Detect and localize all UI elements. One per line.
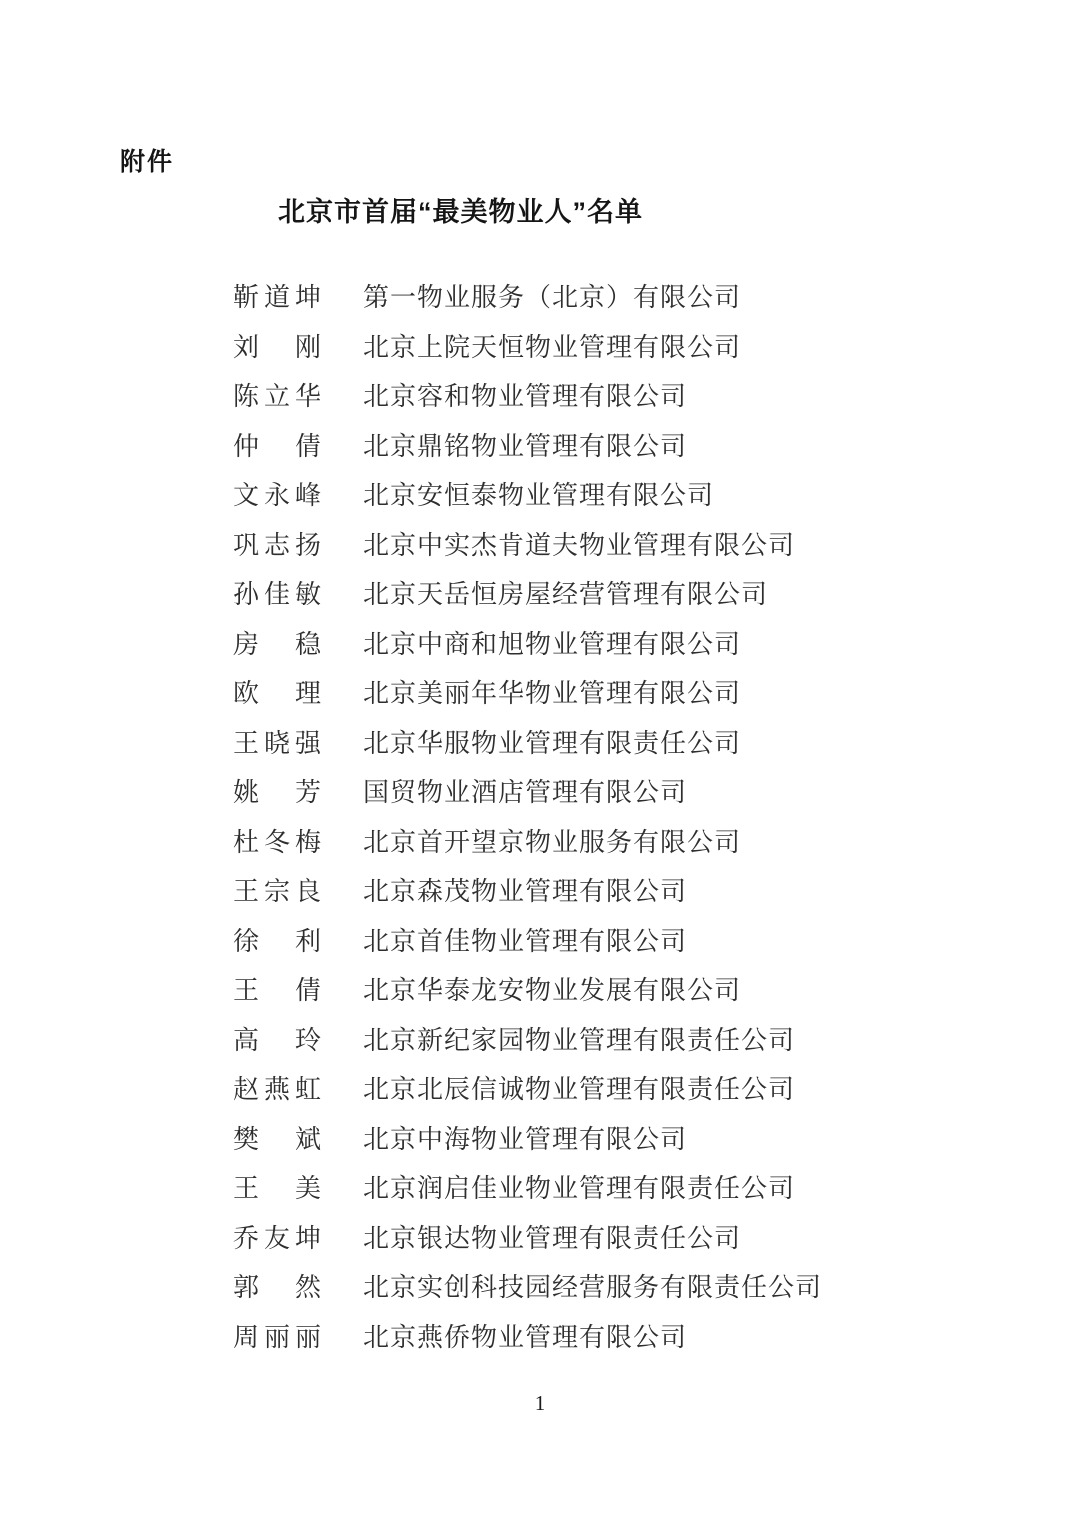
page-number: 1 [0,1392,1080,1415]
list-item: 巩志扬 北京中实杰肯道夫物业管理有限公司 [233,519,873,569]
attachment-label: 附件 [120,150,174,175]
company-name: 北京鼎铭物业管理有限公司 [363,426,687,463]
company-name: 北京实创科技园经营服务有限责任公司 [363,1267,822,1304]
list-item: 高 玲 北京新纪家园物业管理有限责任公司 [233,1014,873,1064]
person-name: 王宗良 [233,871,363,908]
company-name: 北京森茂物业管理有限公司 [363,871,687,908]
document-page: 附件 北京市首届“最美物业人”名单 靳道坤 第一物业服务（北京）有限公司 刘 刚… [0,0,1080,1528]
company-name: 北京天岳恒房屋经营管理有限公司 [363,574,768,611]
person-name: 欧 理 [233,673,363,710]
list-item: 郭 然 北京实创科技园经营服务有限责任公司 [233,1261,873,1311]
person-name: 仲 倩 [233,426,363,463]
company-name: 国贸物业酒店管理有限公司 [363,772,687,809]
list-item: 杜冬梅 北京首开望京物业服务有限公司 [233,816,873,866]
company-name: 北京首开望京物业服务有限公司 [363,822,741,859]
person-name: 巩志扬 [233,525,363,562]
list-item: 徐 利 北京首佳物业管理有限公司 [233,915,873,965]
list-item: 王 美 北京润启佳业物业管理有限责任公司 [233,1162,873,1212]
company-name: 北京润启佳业物业管理有限责任公司 [363,1168,795,1205]
person-name: 杜冬梅 [233,822,363,859]
person-name: 房 稳 [233,624,363,661]
company-name: 北京中实杰肯道夫物业管理有限公司 [363,525,795,562]
list-item: 孙佳敏 北京天岳恒房屋经营管理有限公司 [233,568,873,618]
person-name: 郭 然 [233,1267,363,1304]
company-name: 北京新纪家园物业管理有限责任公司 [363,1020,795,1057]
list-item: 王 倩 北京华泰龙安物业发展有限公司 [233,964,873,1014]
list-item: 樊 斌 北京中海物业管理有限公司 [233,1113,873,1163]
list-item: 王晓强 北京华服物业管理有限责任公司 [233,717,873,767]
person-name: 乔友坤 [233,1218,363,1255]
company-name: 北京中海物业管理有限公司 [363,1119,687,1156]
company-name: 北京容和物业管理有限公司 [363,376,687,413]
company-name: 北京安恒泰物业管理有限公司 [363,475,714,512]
page-title: 北京市首届“最美物业人”名单 [278,199,643,226]
person-name: 文永峰 [233,475,363,512]
person-name: 王 倩 [233,970,363,1007]
person-name: 姚 芳 [233,772,363,809]
person-name: 赵燕虹 [233,1069,363,1106]
company-name: 北京银达物业管理有限责任公司 [363,1218,741,1255]
people-list: 靳道坤 第一物业服务（北京）有限公司 刘 刚 北京上院天恒物业管理有限公司 陈立… [233,271,873,1360]
list-item: 欧 理 北京美丽年华物业管理有限公司 [233,667,873,717]
company-name: 北京北辰信诚物业管理有限责任公司 [363,1069,795,1106]
person-name: 周丽丽 [233,1317,363,1354]
list-item: 仲 倩 北京鼎铭物业管理有限公司 [233,420,873,470]
company-name: 北京首佳物业管理有限公司 [363,921,687,958]
person-name: 徐 利 [233,921,363,958]
company-name: 北京华泰龙安物业发展有限公司 [363,970,741,1007]
person-name: 陈立华 [233,376,363,413]
list-item: 赵燕虹 北京北辰信诚物业管理有限责任公司 [233,1063,873,1113]
list-item: 陈立华 北京容和物业管理有限公司 [233,370,873,420]
person-name: 刘 刚 [233,327,363,364]
list-item: 乔友坤 北京银达物业管理有限责任公司 [233,1212,873,1262]
company-name: 北京华服物业管理有限责任公司 [363,723,741,760]
company-name: 北京燕侨物业管理有限公司 [363,1317,687,1354]
list-item: 房 稳 北京中商和旭物业管理有限公司 [233,618,873,668]
person-name: 孙佳敏 [233,574,363,611]
list-item: 姚 芳 国贸物业酒店管理有限公司 [233,766,873,816]
company-name: 北京美丽年华物业管理有限公司 [363,673,741,710]
list-item: 周丽丽 北京燕侨物业管理有限公司 [233,1311,873,1361]
list-item: 王宗良 北京森茂物业管理有限公司 [233,865,873,915]
list-item: 刘 刚 北京上院天恒物业管理有限公司 [233,321,873,371]
company-name: 北京中商和旭物业管理有限公司 [363,624,741,661]
person-name: 靳道坤 [233,277,363,314]
person-name: 王 美 [233,1168,363,1205]
list-item: 靳道坤 第一物业服务（北京）有限公司 [233,271,873,321]
person-name: 王晓强 [233,723,363,760]
company-name: 北京上院天恒物业管理有限公司 [363,327,741,364]
person-name: 樊 斌 [233,1119,363,1156]
company-name: 第一物业服务（北京）有限公司 [363,277,741,314]
person-name: 高 玲 [233,1020,363,1057]
list-item: 文永峰 北京安恒泰物业管理有限公司 [233,469,873,519]
